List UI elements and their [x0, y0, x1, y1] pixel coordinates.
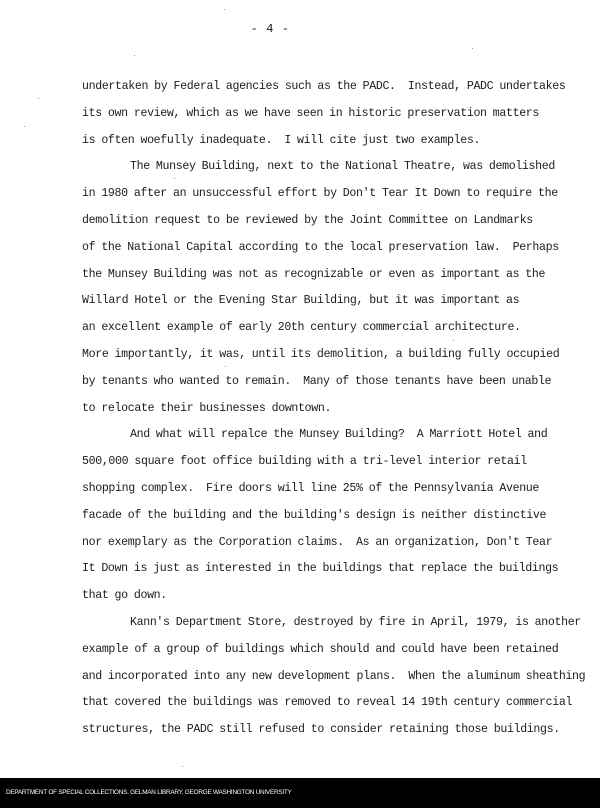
text-line: structures, the PADC still refused to co…: [82, 717, 562, 744]
text-line: It Down is just as interested in the bui…: [82, 556, 562, 583]
scan-speck: [224, 9, 225, 10]
text-line: More importantly, it was, until its demo…: [82, 342, 562, 369]
text-line: that go down.: [82, 583, 562, 610]
text-line: is often woefully inadequate. I will cit…: [82, 128, 562, 155]
page-number: - 4 -: [0, 22, 540, 36]
text-line: and incorporated into any new developmen…: [82, 664, 562, 691]
text-line: by tenants who wanted to remain. Many of…: [82, 369, 562, 396]
text-line: demolition request to be reviewed by the…: [82, 208, 562, 235]
text-line: to relocate their businesses downtown.: [82, 396, 562, 423]
footer-bar: DEPARTMENT OF SPECIAL COLLECTIONS. GELMA…: [0, 778, 600, 808]
footer-credit: DEPARTMENT OF SPECIAL COLLECTIONS. GELMA…: [6, 789, 292, 796]
text-line: facade of the building and the building'…: [82, 503, 562, 530]
text-line: shopping complex. Fire doors will line 2…: [82, 476, 562, 503]
scan-speck: [134, 55, 135, 56]
text-line: an excellent example of early 20th centu…: [82, 315, 562, 342]
text-line: Willard Hotel or the Evening Star Buildi…: [82, 288, 562, 315]
text-line: nor exemplary as the Corporation claims.…: [82, 530, 562, 557]
paragraph-first-line: And what will repalce the Munsey Buildin…: [82, 422, 562, 449]
scan-speck: [472, 48, 473, 49]
text-line: undertaken by Federal agencies such as t…: [82, 74, 562, 101]
scan-speck: [38, 98, 39, 99]
scanned-page: - 4 - undertaken by Federal agencies suc…: [0, 0, 600, 778]
document-body: undertaken by Federal agencies such as t…: [82, 74, 562, 744]
text-line: its own review, which as we have seen in…: [82, 101, 562, 128]
scan-speck: [24, 126, 25, 127]
text-line: 500,000 square foot office building with…: [82, 449, 562, 476]
text-line: that covered the buildings was removed t…: [82, 690, 562, 717]
text-line: in 1980 after an unsuccessful effort by …: [82, 181, 562, 208]
scan-speck: [182, 766, 183, 767]
text-line: of the National Capital according to the…: [82, 235, 562, 262]
paragraph-first-line: Kann's Department Store, destroyed by fi…: [82, 610, 562, 637]
text-line: the Munsey Building was not as recogniza…: [82, 262, 562, 289]
text-line: example of a group of buildings which sh…: [82, 637, 562, 664]
paragraph-first-line: The Munsey Building, next to the Nationa…: [82, 154, 562, 181]
